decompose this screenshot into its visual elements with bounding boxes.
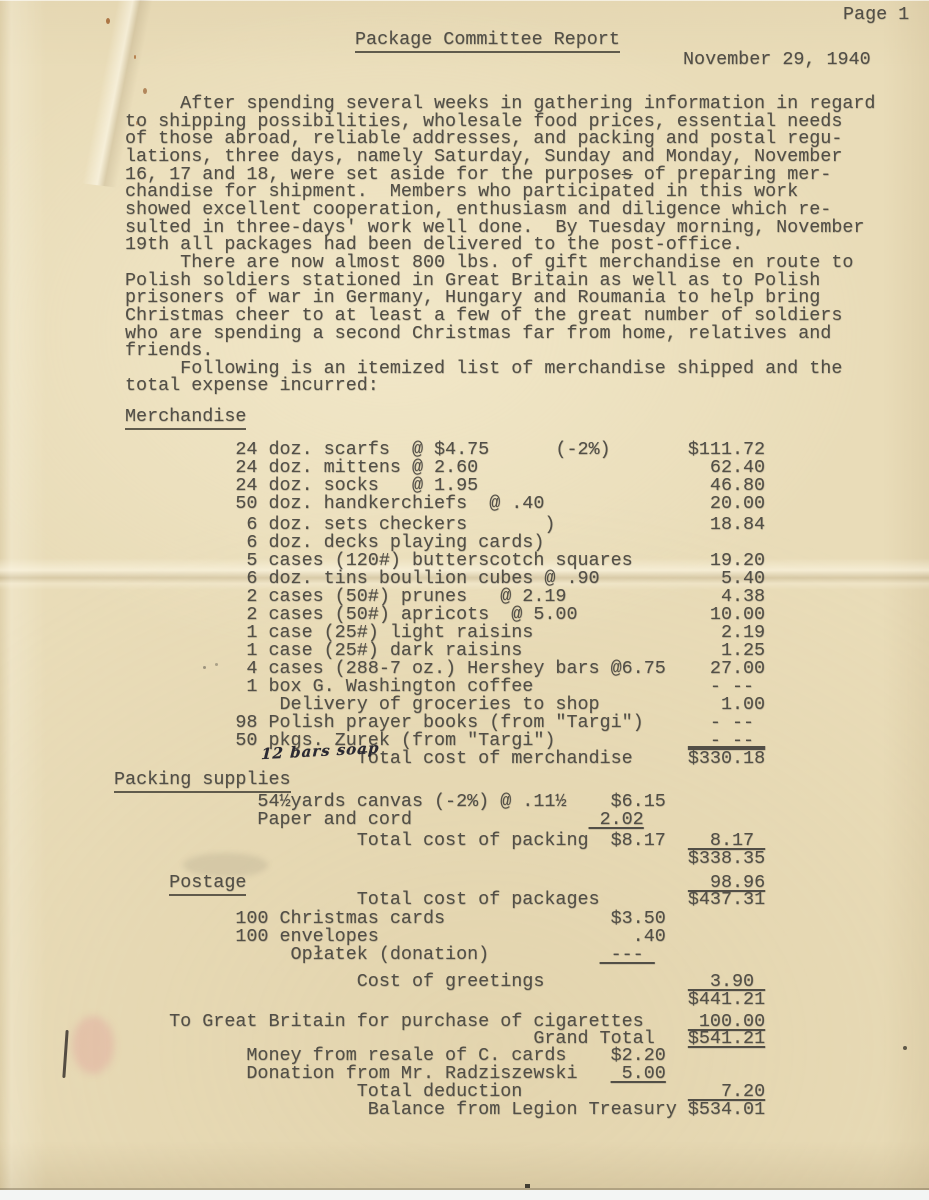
balance-line: Balance from Legion Treasury $534.01 xyxy=(125,1101,765,1119)
paragraph-line: total expense incurred: xyxy=(125,377,379,395)
item-line: Opłatek (donation) --- xyxy=(125,946,655,964)
report-title: Package Committee Report xyxy=(355,31,620,49)
packing-heading: Packing supplies xyxy=(114,771,291,789)
item-line: Paper and cord 2.02 xyxy=(125,811,644,829)
typed-document-text: Page 1Package Committee ReportNovember 2… xyxy=(0,0,929,1188)
merchandise-heading: Merchandise xyxy=(125,408,246,426)
report-date: November 29, 1940 xyxy=(683,51,871,69)
total-merchandise-line: Total cost of merchandise $330.18 xyxy=(125,750,765,768)
subtotal-line: $441.21 xyxy=(125,991,765,1009)
page-number: Page 1 xyxy=(843,6,909,24)
paper-sheet: Page 1Package Committee ReportNovember 2… xyxy=(0,0,929,1190)
paragraph-line: who are spending a second Christmas far … xyxy=(125,325,831,343)
subtotal-line: $338.35 xyxy=(125,850,765,868)
item-line: 50 doz. handkerchiefs @ .40 20.00 xyxy=(125,495,765,513)
scanned-report: { "header": { "page_label": "Page 1", "t… xyxy=(0,0,929,1200)
total-packages-line: Total cost of packages $437.31 xyxy=(125,891,765,909)
scan-edge-speck xyxy=(525,1184,530,1188)
